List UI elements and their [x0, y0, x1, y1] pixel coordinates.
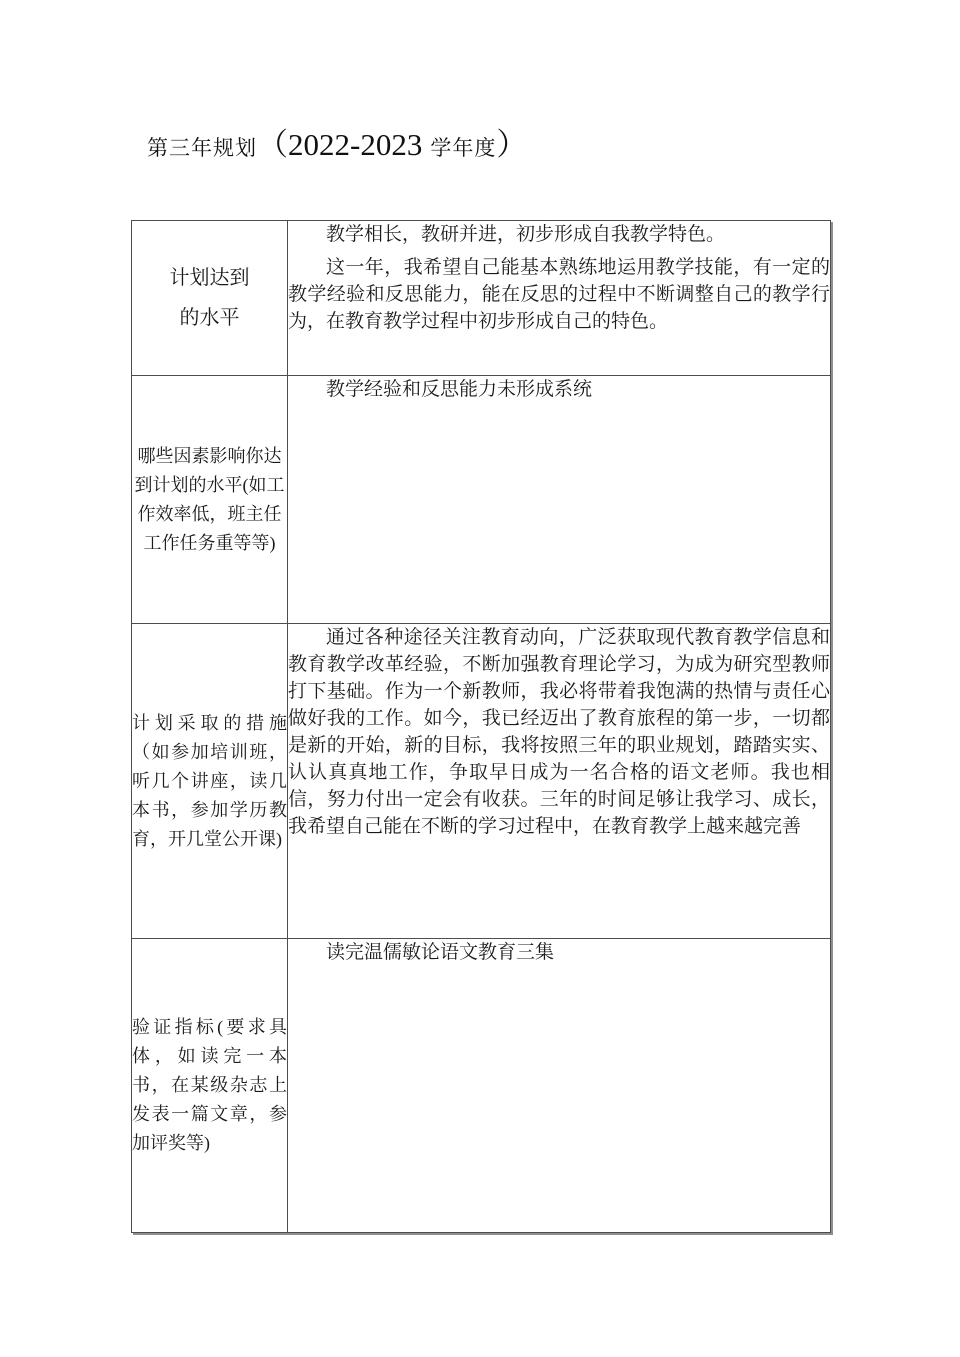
plan-table-body: 计划达到 的水平 教学相长，教研并进，初步形成自我教学特色。 这一年，我希望自己… — [132, 221, 831, 1233]
table-row-verification-metrics: 验证指标(要求具体，如读完一本书，在某级杂志上发表一篇文章，参加评奖等) 读完温… — [132, 939, 831, 1233]
title-text-cn: 第三年规划 — [147, 137, 257, 160]
row-content-verification-metrics: 读完温儒敏论语文教育三集 — [288, 939, 831, 1233]
title-close-paren: ） — [496, 127, 527, 162]
row-content-influencing-factors: 教学经验和反思能力未形成系统 — [288, 376, 831, 624]
title-year-range: 2022-2023 — [288, 127, 422, 162]
paragraph: 教学经验和反思能力未形成系统 — [288, 376, 830, 403]
row-label-influencing-factors: 哪些因素影响你达到计划的水平(如工作效率低，班主任工作任务重等等) — [132, 376, 288, 624]
row-content-planned-measures: 通过各种途径关注教育动向，广泛获取现代教育教学信息和教育教学改革经验，不断加强教… — [288, 624, 831, 939]
paragraph: 读完温儒敏论语文教育三集 — [288, 939, 830, 966]
title-open-paren: （ — [257, 127, 288, 162]
paragraph: 这一年，我希望自己能基本熟练地运用教学技能，有一定的教学经验和反思能力，能在反思… — [288, 254, 830, 335]
page-title: 第三年规划（2022-2023学年度） — [147, 122, 527, 171]
row-label-planned-measures: 计划采取的措施（如参加培训班，听几个讲座，读几本书，参加学历教育，开几堂公开课) — [132, 624, 288, 939]
paragraph: 通过各种途径关注教育动向，广泛获取现代教育教学信息和教育教学改革经验，不断加强教… — [288, 624, 830, 840]
table-row-influencing-factors: 哪些因素影响你达到计划的水平(如工作效率低，班主任工作任务重等等) 教学经验和反… — [132, 376, 831, 624]
row-label-verification-metrics: 验证指标(要求具体，如读完一本书，在某级杂志上发表一篇文章，参加评奖等) — [132, 939, 288, 1233]
plan-table: 计划达到 的水平 教学相长，教研并进，初步形成自我教学特色。 这一年，我希望自己… — [131, 220, 831, 1233]
title-text-cn-2: 学年度 — [430, 137, 496, 160]
table-row-planned-measures: 计划采取的措施（如参加培训班，听几个讲座，读几本书，参加学历教育，开几堂公开课)… — [132, 624, 831, 939]
table-row-plan-level: 计划达到 的水平 教学相长，教研并进，初步形成自我教学特色。 这一年，我希望自己… — [132, 221, 831, 376]
row-content-plan-level: 教学相长，教研并进，初步形成自我教学特色。 这一年，我希望自己能基本熟练地运用教… — [288, 221, 831, 376]
document-page: 第三年规划（2022-2023学年度） 计划达到 的水平 教学相长，教研并进，初… — [0, 0, 960, 1357]
row-label-plan-level: 计划达到 的水平 — [132, 221, 288, 376]
paragraph: 教学相长，教研并进，初步形成自我教学特色。 — [288, 221, 830, 248]
